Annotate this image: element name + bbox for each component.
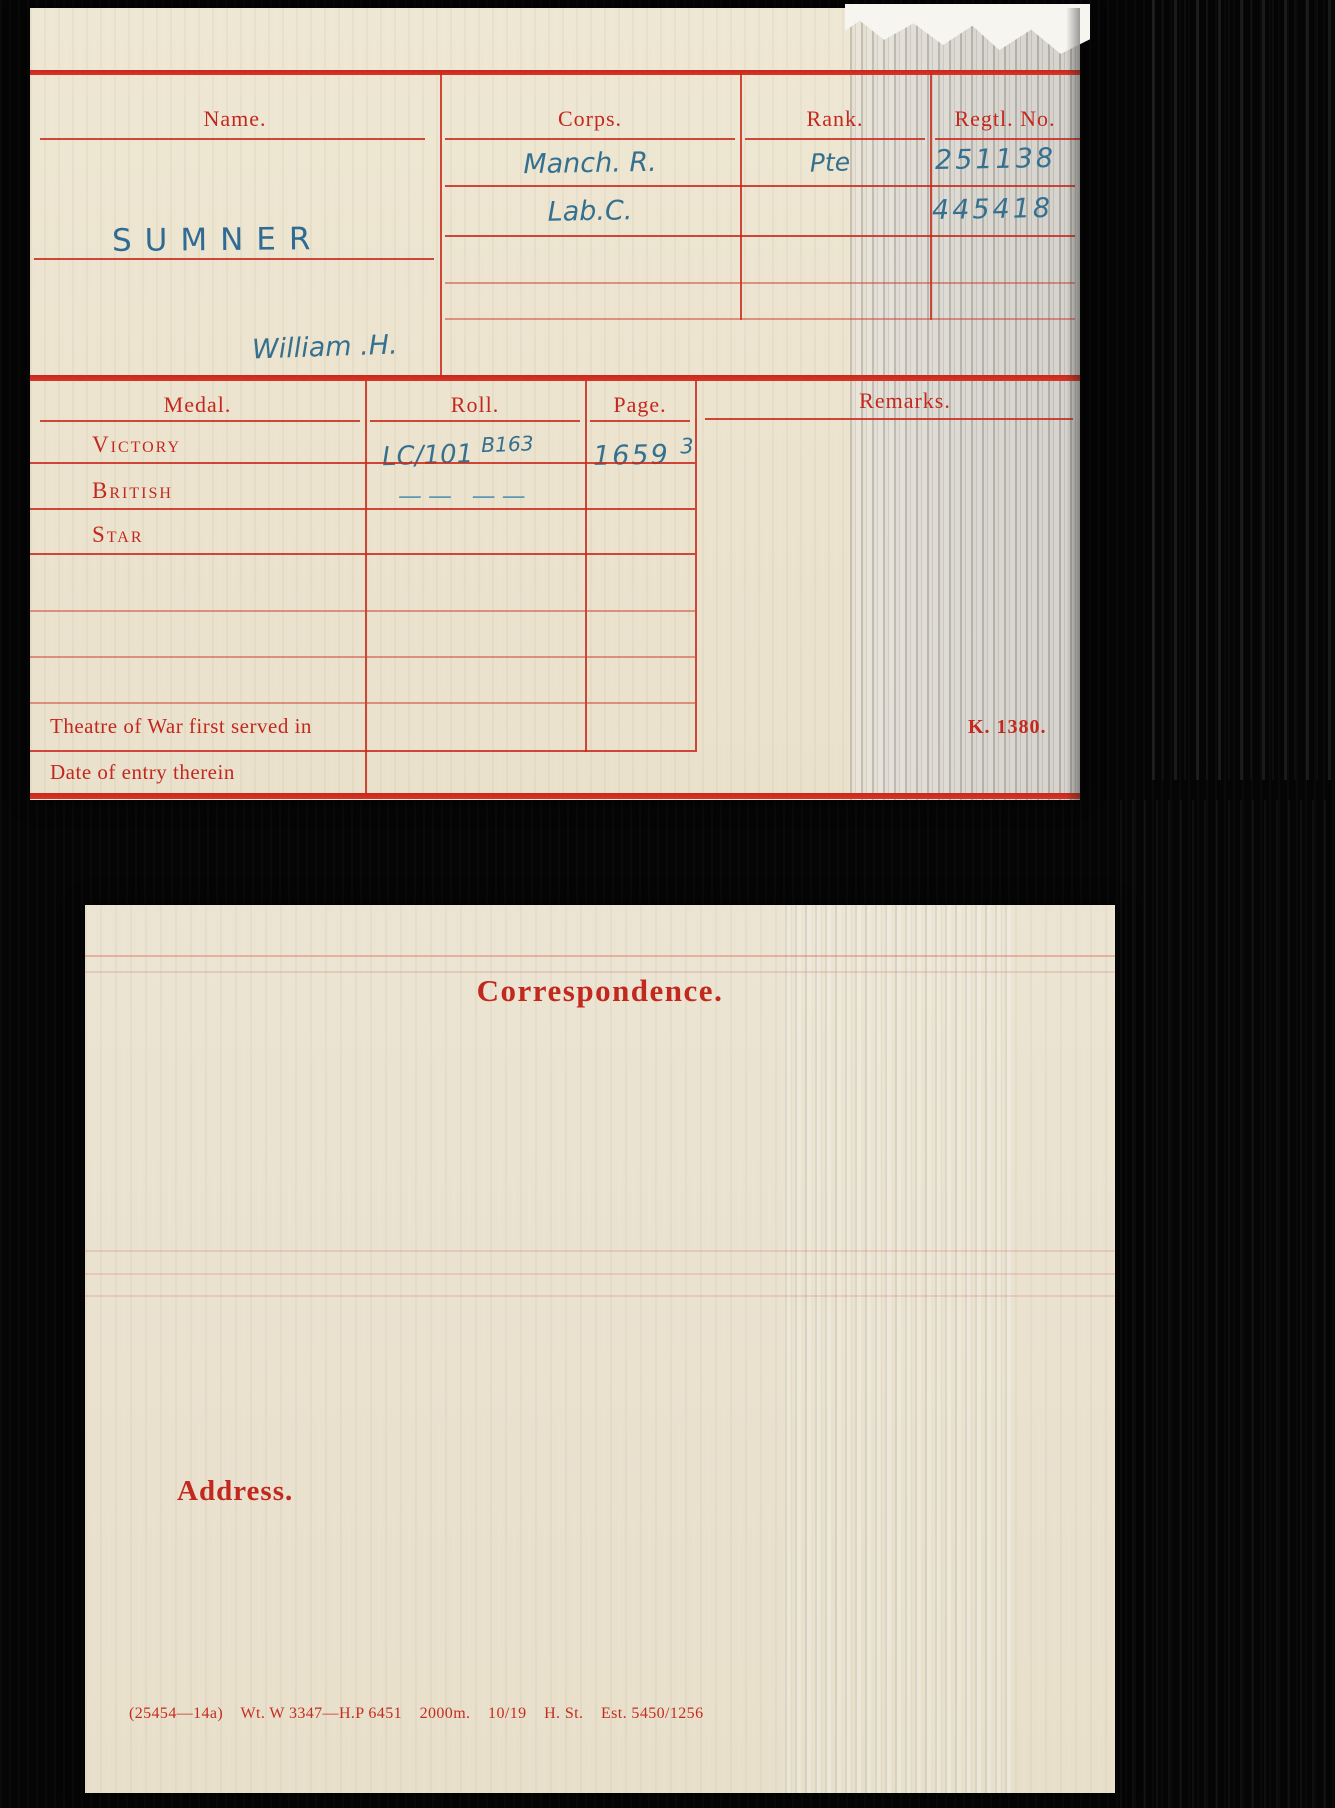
form-reference: K. 1380. <box>968 716 1047 739</box>
bottom-rule <box>30 793 1080 799</box>
rank-header-underline <box>745 138 925 140</box>
regtl-header-underline <box>935 138 1080 140</box>
entry-row-rule <box>445 282 1075 284</box>
roll-page-divider <box>585 381 587 752</box>
corps-entry-1: Manch. R. <box>460 146 721 182</box>
service-number-2: 445418 <box>932 193 1054 226</box>
medal-index-card-front: Name. Corps. Rank. Regtl. No. SUMNER Wil… <box>30 8 1080 800</box>
victory-roll-entry: LC/101 B163 <box>381 431 534 472</box>
corps-header-underline <box>445 138 735 140</box>
medal-header-underline <box>40 420 360 422</box>
page-number-sup: 3 <box>680 433 696 458</box>
service-number-1: 251138 <box>935 143 1057 176</box>
scan-background: Name. Corps. Rank. Regtl. No. SUMNER Wil… <box>0 0 1335 1808</box>
back-faint-rule <box>85 1273 1115 1275</box>
surname-underline <box>34 258 434 260</box>
remarks-header: Remarks. <box>695 388 1115 414</box>
victory-page-entry: 1659 3 <box>593 433 696 472</box>
forenames-handwriting: William .H. <box>252 329 399 365</box>
entry-row-rule <box>445 318 1075 320</box>
entry-row-rule <box>445 235 1075 237</box>
back-faint-rule <box>85 955 1115 957</box>
card-edge-shadow <box>1066 8 1080 800</box>
roll-header-underline <box>370 420 580 422</box>
medal-row-rule <box>30 750 695 752</box>
victory-medal-label: Victory <box>92 432 181 458</box>
remarks-header-underline <box>705 418 1073 420</box>
medal-row-rule <box>30 462 695 464</box>
corps-column-header: Corps. <box>440 106 740 132</box>
back-faint-rule <box>85 1250 1115 1252</box>
correspondence-title: Correspondence. <box>85 973 1115 1009</box>
address-label: Address. <box>177 1475 293 1508</box>
medal-row-rule <box>30 553 695 555</box>
back-faint-rule <box>85 1295 1115 1297</box>
printers-imprint: (25454—14a) Wt. W 3347—H.P 6451 2000m. 1… <box>129 1705 703 1723</box>
medal-roll-divider <box>365 381 367 793</box>
roll-reference: LC/101 <box>382 439 474 472</box>
date-of-entry-label: Date of entry therein <box>50 760 235 785</box>
roll-header: Roll. <box>365 392 585 418</box>
rank-entry: Pte <box>745 145 916 180</box>
page-number: 1659 <box>593 440 670 472</box>
roll-reference-sup: B163 <box>481 431 534 457</box>
regtl-no-column-header: Regtl. No. <box>930 106 1080 132</box>
british-ditto-marks: —— —— <box>398 482 532 510</box>
top-rule <box>30 70 1080 75</box>
medal-index-card-back: Correspondence. Address. (25454—14a) Wt.… <box>85 905 1115 1793</box>
theatre-of-war-label: Theatre of War first served in <box>50 714 312 739</box>
section-divider-rule <box>30 375 1080 381</box>
name-corps-divider <box>440 70 442 375</box>
page-header: Page. <box>585 392 695 418</box>
background-streaks-bottom-right <box>1120 800 1335 1808</box>
star-medal-label: Star <box>92 522 144 548</box>
medal-row-rule <box>30 702 695 704</box>
name-column-header: Name. <box>30 106 440 132</box>
rank-column-header: Rank. <box>740 106 930 132</box>
medal-row-rule <box>30 656 695 658</box>
entry-row-rule <box>445 185 1075 187</box>
name-header-underline <box>40 138 425 140</box>
british-medal-label: British <box>92 478 173 504</box>
surname-handwriting: SUMNER <box>112 221 324 259</box>
medal-row-rule <box>30 508 695 510</box>
corps-entry-2: Lab.C. <box>460 194 721 230</box>
background-streaks-top-right <box>1152 0 1335 780</box>
medal-row-rule <box>30 610 695 612</box>
medal-header: Medal. <box>30 392 365 418</box>
page-header-underline <box>590 420 690 422</box>
scan-stripe-column <box>785 905 1015 1793</box>
